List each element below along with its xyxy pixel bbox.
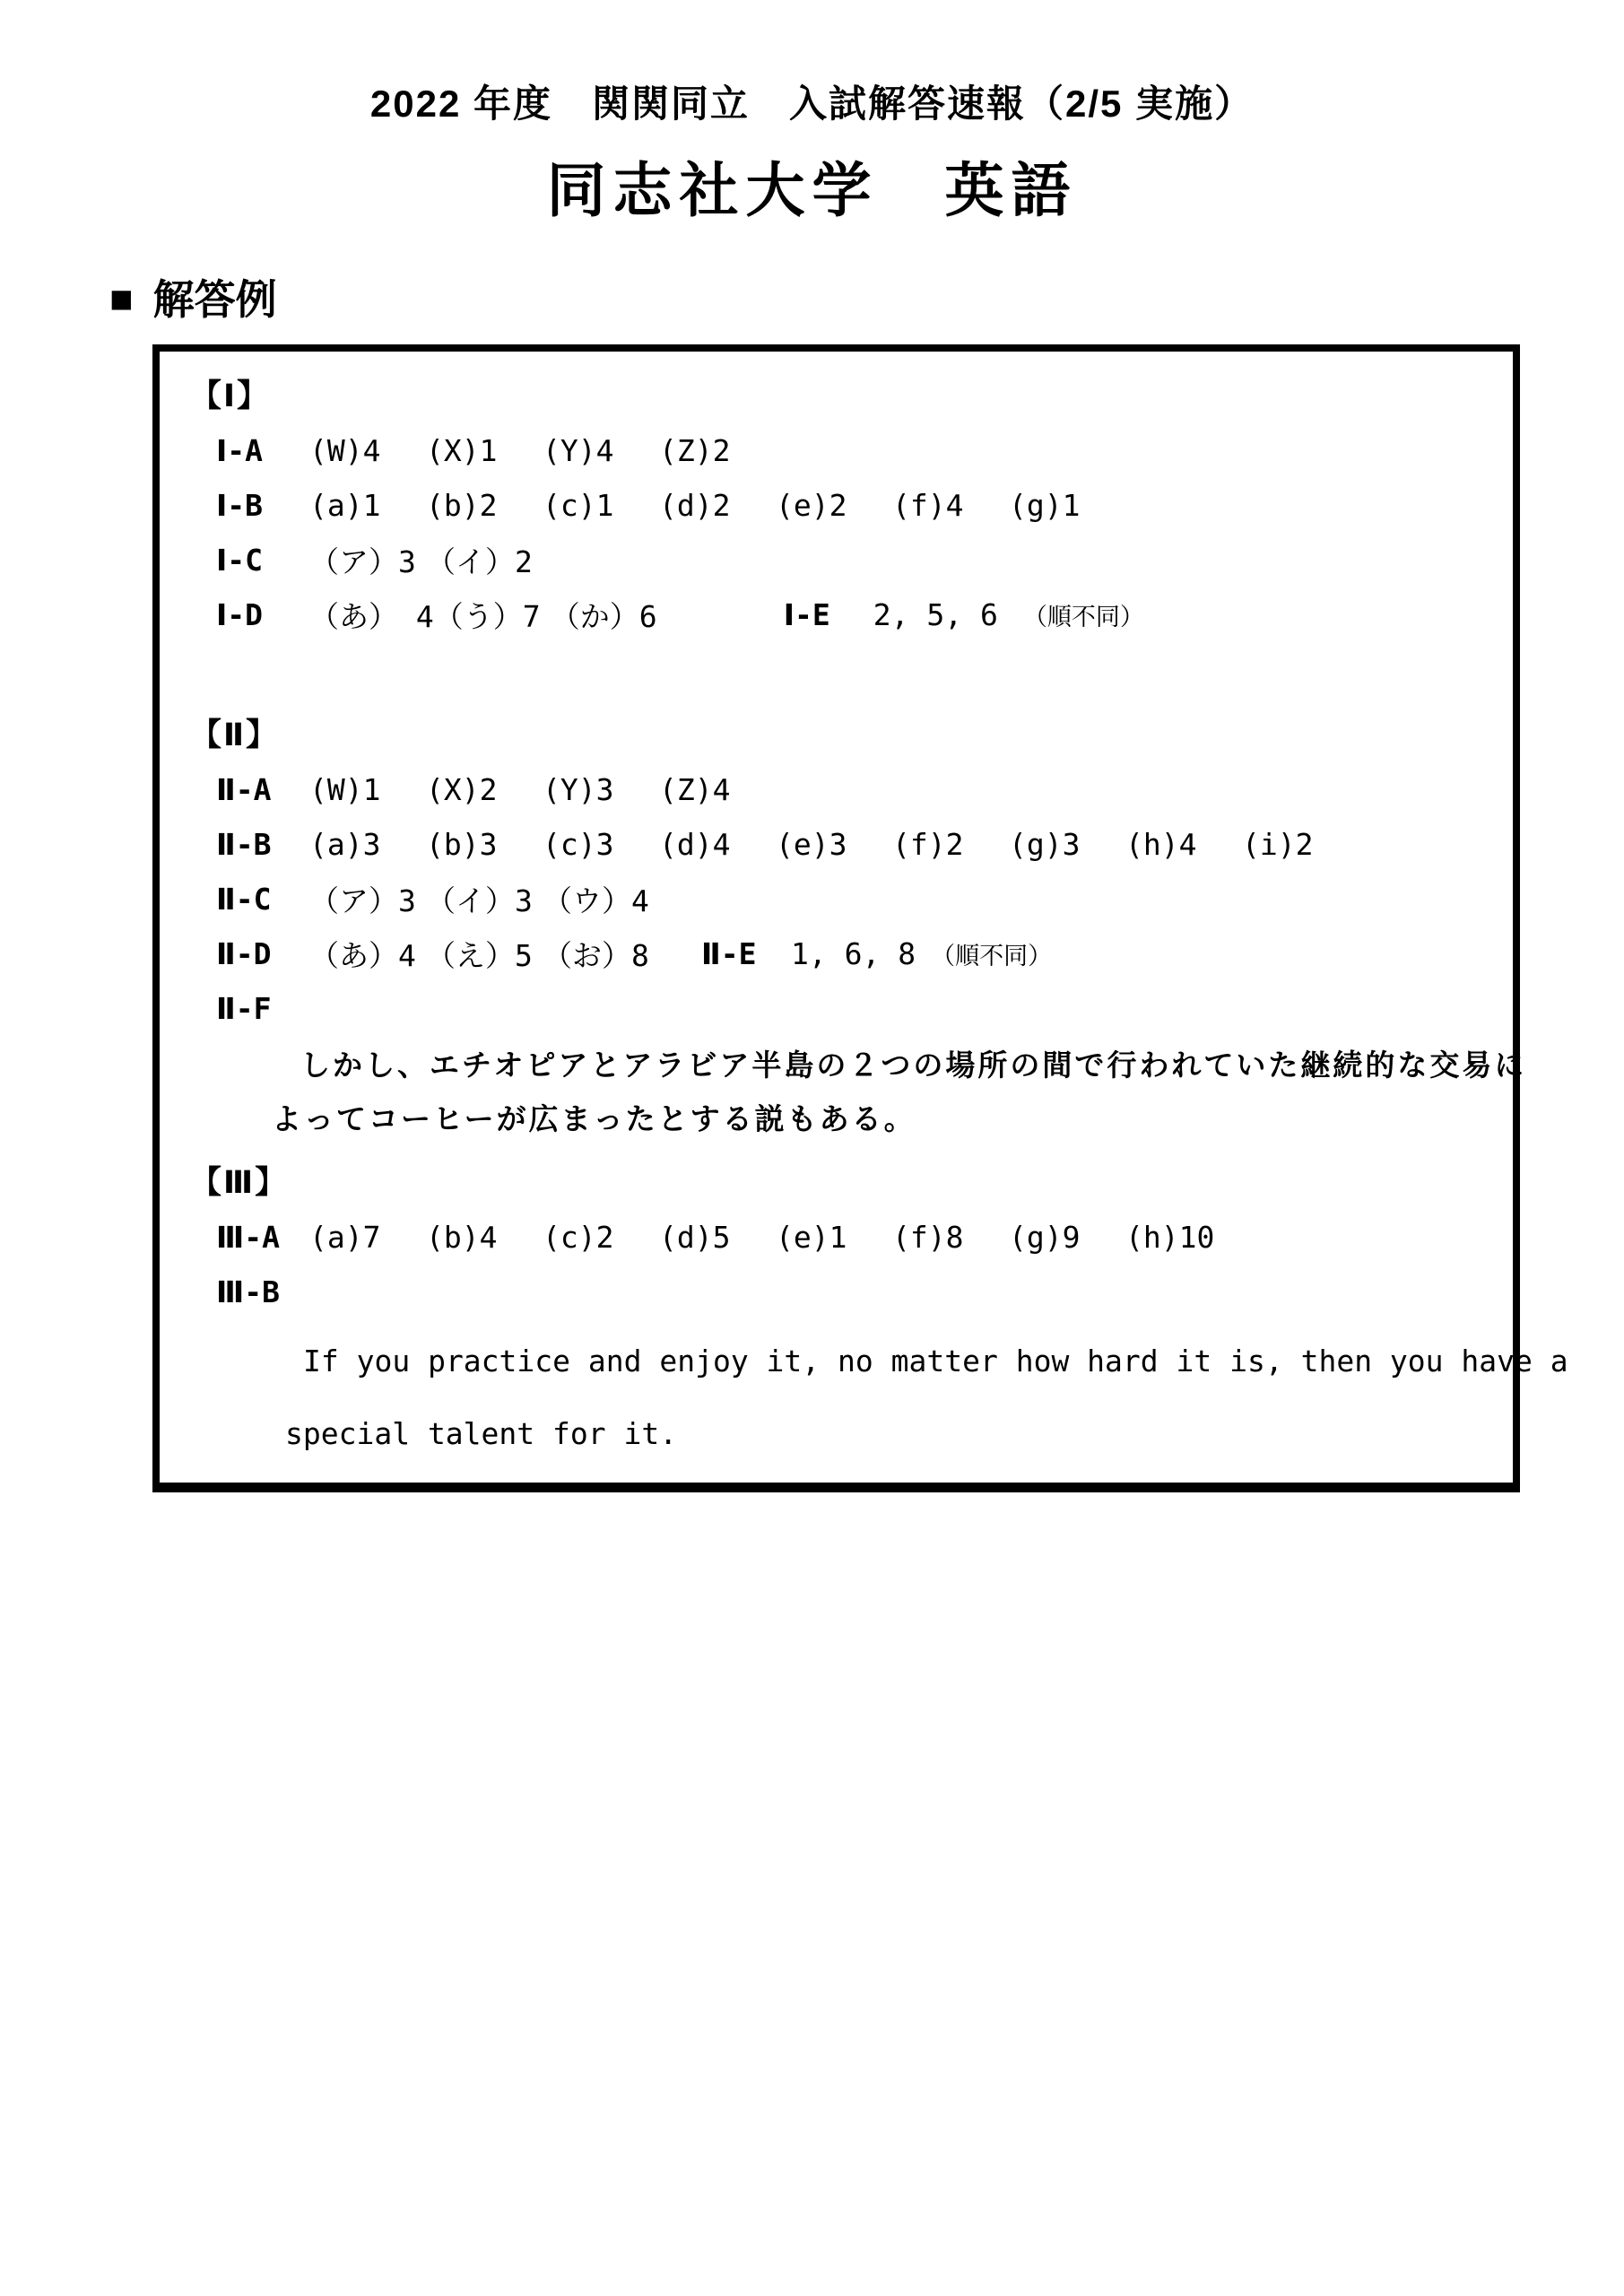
english-answer-line-1: If you practice and enjoy it, no matter … <box>181 1334 1491 1388</box>
answer-item: （か）6 <box>551 594 667 636</box>
square-bullet-icon: ■ <box>109 280 134 319</box>
answer-item: （ア）3 <box>309 878 426 920</box>
answer-item: (a)1 <box>309 488 426 523</box>
answer-item: (a)7 <box>309 1220 426 1255</box>
answer-item: (Y)4 <box>543 433 659 468</box>
answer-item: (c)2 <box>543 1220 659 1255</box>
answer-item: (b)4 <box>426 1220 543 1255</box>
answer-item: (d)5 <box>659 1220 776 1255</box>
answer-item: (W)1 <box>309 772 426 807</box>
answer-row-2f: Ⅱ-F <box>181 981 1491 1036</box>
answer-item: (b)3 <box>426 827 543 862</box>
row-label: Ⅰ-D <box>216 597 309 632</box>
row-label: Ⅱ-A <box>216 772 309 807</box>
answer-item: (X)1 <box>426 433 543 468</box>
order-note: （順不同） <box>1023 597 1144 632</box>
answer-item: 2, 5, 6 <box>873 597 998 632</box>
answer-item: (W)4 <box>309 433 426 468</box>
row-label: Ⅰ-E <box>784 597 873 632</box>
answer-item: （ウ）4 <box>543 878 659 920</box>
answer-item: (e)1 <box>776 1220 892 1255</box>
section-3-heading: 【Ⅲ】 <box>181 1151 1491 1210</box>
answer-item: (e)3 <box>776 827 892 862</box>
answer-item: 1, 6, 8 <box>791 936 916 971</box>
answer-item: (f)4 <box>892 488 1009 523</box>
answer-item: (e)2 <box>776 488 892 523</box>
section-heading-label: 解答例 <box>153 276 277 323</box>
row-label: Ⅲ-A <box>216 1220 309 1255</box>
answer-item: （イ）3 <box>426 878 543 920</box>
translation-line-2: よってコーヒーが広まったとする説もある。 <box>181 1090 1491 1144</box>
answer-item: (Y)3 <box>543 772 659 807</box>
answer-item: (c)1 <box>543 488 659 523</box>
answer-row-1c: Ⅰ-C （ア）3 （イ）2 <box>181 533 1491 587</box>
answer-row-3a: Ⅲ-A (a)7 (b)4 (c)2 (d)5 (e)1 (f)8 (g)9 (… <box>181 1210 1491 1265</box>
answer-item: (c)3 <box>543 827 659 862</box>
row-label: Ⅲ-B <box>216 1274 309 1309</box>
answer-item: (i)2 <box>1242 827 1359 862</box>
document-page: 2022 年度 関関同立 入試解答速報（2/5 実施） 同志社大学 英語 ■ 解… <box>0 0 1624 2296</box>
page-title: 同志社大学 英語 <box>0 156 1624 224</box>
row-label: Ⅱ-F <box>216 991 309 1026</box>
row-label: Ⅰ-B <box>216 488 309 523</box>
answer-row-1d: Ⅰ-D （あ） 4 （う）7 （か）6 Ⅰ-E 2, 5, 6 （順不同） <box>181 587 1491 642</box>
answer-item: （あ）4 <box>309 933 426 975</box>
answer-row-1b: Ⅰ-B (a)1 (b)2 (c)1 (d)2 (e)2 (f)4 (g)1 <box>181 478 1491 533</box>
answer-row-2c: Ⅱ-C （ア）3 （イ）3 （ウ）4 <box>181 872 1491 926</box>
answer-item: (h)4 <box>1125 827 1242 862</box>
answer-item: (h)10 <box>1125 1220 1242 1255</box>
answer-item: （う）7 <box>434 594 551 636</box>
answer-item: （イ）2 <box>426 539 543 581</box>
answer-row-3b: Ⅲ-B <box>181 1265 1491 1319</box>
answer-box: 【Ⅰ】 Ⅰ-A (W)4 (X)1 (Y)4 (Z)2 Ⅰ-B (a)1 (b)… <box>152 344 1520 1492</box>
row-label: Ⅱ-B <box>216 827 309 862</box>
answer-item: (Z)4 <box>659 772 776 807</box>
exam-report-header: 2022 年度 関関同立 入試解答速報（2/5 実施） <box>0 0 1624 126</box>
order-note: （順不同） <box>931 936 1052 971</box>
answer-row-2a: Ⅱ-A (W)1 (X)2 (Y)3 (Z)4 <box>181 762 1491 817</box>
answer-item: （あ） 4 <box>309 594 434 636</box>
english-answer-line-2: special talent for it. <box>181 1406 1491 1461</box>
row-label: Ⅱ-D <box>216 936 309 971</box>
answer-item: (g)3 <box>1009 827 1125 862</box>
answer-item: (f)8 <box>892 1220 1009 1255</box>
answer-item: (d)2 <box>659 488 776 523</box>
answer-item: （お）8 <box>543 933 659 975</box>
row-label: Ⅱ-E <box>701 936 791 971</box>
answer-item: (b)2 <box>426 488 543 523</box>
answer-item: (Z)2 <box>659 433 776 468</box>
answer-item: （え）5 <box>426 933 543 975</box>
answer-row-2b: Ⅱ-B (a)3 (b)3 (c)3 (d)4 (e)3 (f)2 (g)3 (… <box>181 817 1491 872</box>
answer-item: (X)2 <box>426 772 543 807</box>
section-1-heading: 【Ⅰ】 <box>181 364 1491 423</box>
row-label: Ⅱ-C <box>216 882 309 917</box>
row-label: Ⅰ-C <box>216 543 309 578</box>
section-heading: ■ 解答例 <box>109 276 1624 323</box>
answer-item: （ア）3 <box>309 539 426 581</box>
section-2-heading: 【Ⅱ】 <box>181 703 1491 762</box>
spacer <box>181 642 1491 703</box>
translation-line-1: しかし、エチオピアとアラビア半島の２つの場所の間で行われていた継続的な交易に <box>181 1036 1491 1090</box>
answer-row-2d: Ⅱ-D （あ）4 （え）5 （お）8 Ⅱ-E 1, 6, 8 （順不同） <box>181 926 1491 981</box>
answer-item: (d)4 <box>659 827 776 862</box>
answer-item: (f)2 <box>892 827 1009 862</box>
row-label: Ⅰ-A <box>216 433 309 468</box>
answer-row-1e: Ⅰ-E 2, 5, 6 （順不同） <box>784 597 1144 632</box>
answer-row-2e: Ⅱ-E 1, 6, 8 （順不同） <box>701 936 1052 971</box>
answer-item: (g)9 <box>1009 1220 1125 1255</box>
answer-item: (a)3 <box>309 827 426 862</box>
answer-item: (g)1 <box>1009 488 1125 523</box>
answer-row-1a: Ⅰ-A (W)4 (X)1 (Y)4 (Z)2 <box>181 423 1491 478</box>
